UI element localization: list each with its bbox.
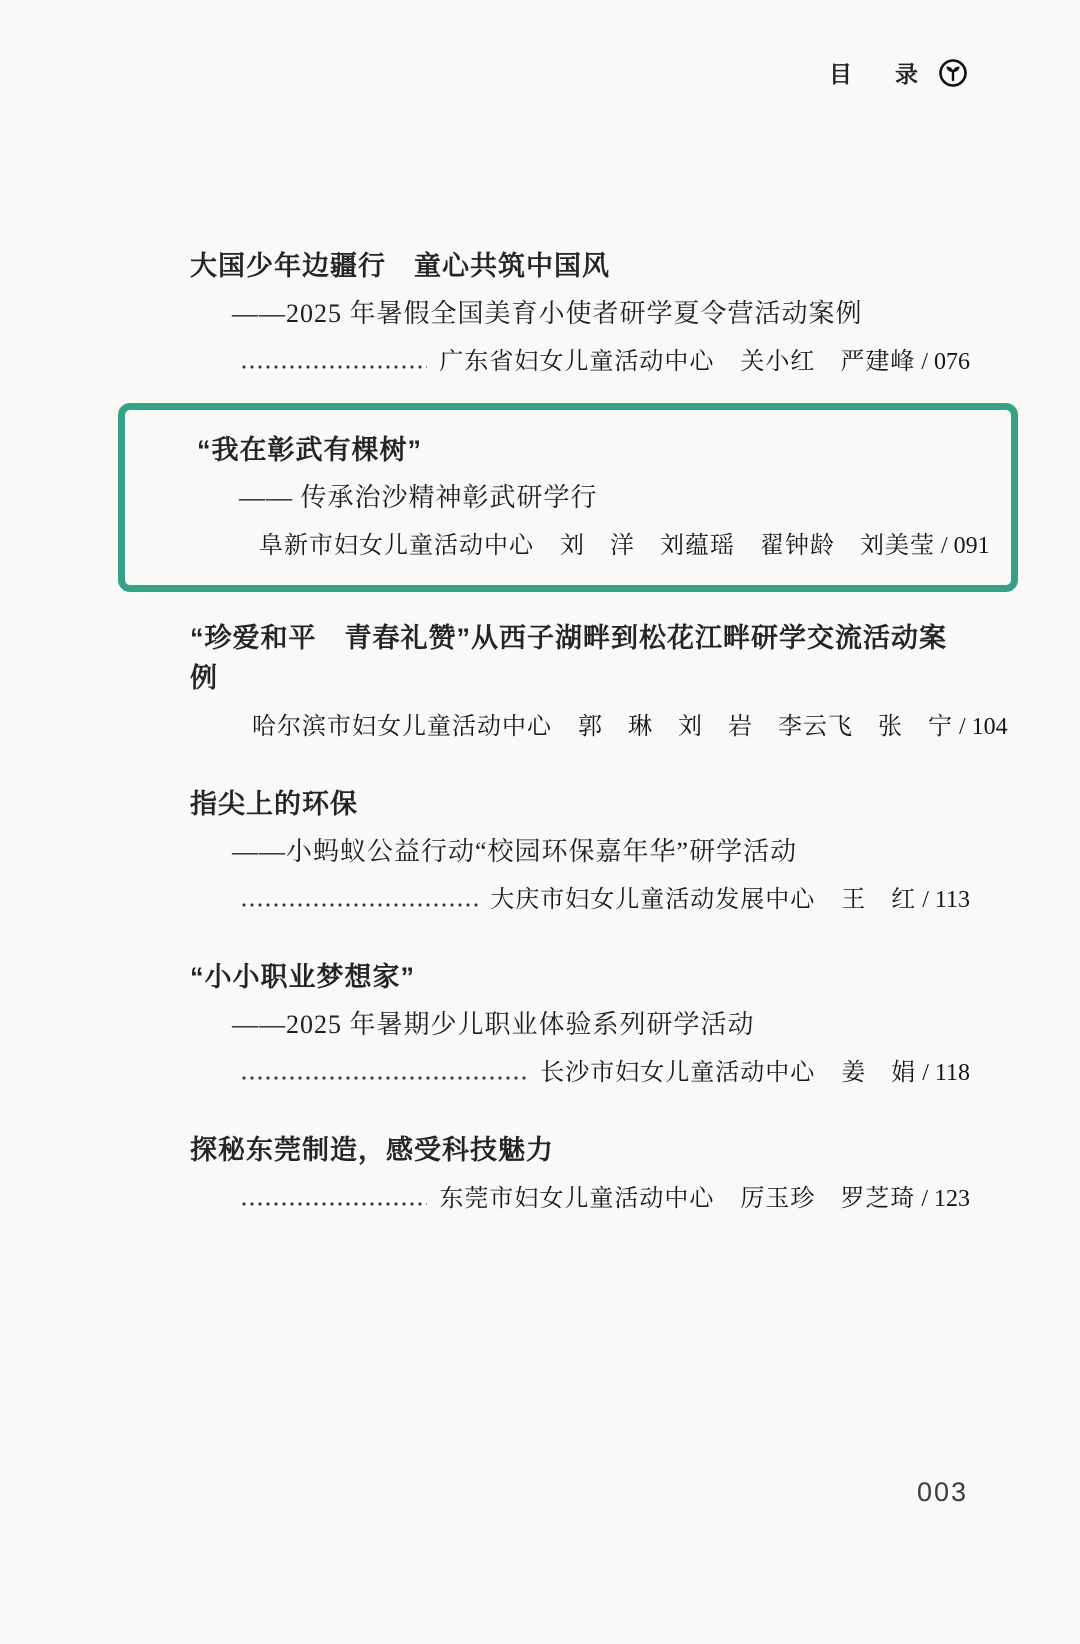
page-header: 目 录 [829,56,968,89]
leader-row: 大庆市妇女儿童活动发展中心 王 红 / 113 [240,883,970,917]
entry-subtitle: ——小蚂蚁公益行动“校园环保嘉年华”研学活动 [232,833,970,871]
entry-title: 指尖上的环保 [190,784,970,824]
toc-entry: 指尖上的环保 ——小蚂蚁公益行动“校园环保嘉年华”研学活动 大庆市妇女儿童活动发… [190,784,970,917]
entry-org: 哈尔滨市妇女儿童活动中心 [252,710,552,744]
leader-dots [240,1076,528,1080]
entry-page-number: / 076 [921,345,970,379]
folio-page-number: 003 [917,1477,968,1508]
toc-entry-highlighted: “我在彰武有棵树” —— 传承治沙精神彰武研学行 阜新市妇女儿童活动中心 刘 洋… [118,403,1018,592]
leader-row: 哈尔滨市妇女儿童活动中心 郭 琳 刘 岩 李云飞 张 宁 / 104 [240,710,970,744]
entry-authors: 关小红 严建峰 [740,345,915,379]
entry-page-number: / 104 [959,710,1008,744]
entry-org: 广东省妇女儿童活动中心 [439,345,714,379]
entry-page-number: / 113 [922,883,970,917]
entry-page-number: / 091 [941,529,990,563]
entry-subtitle: —— 传承治沙精神彰武研学行 [239,479,963,517]
entry-title: “小小职业梦想家” [190,957,970,997]
entry-authors: 郭 琳 刘 岩 李云飞 张 宁 [578,710,953,744]
toc-list: 大国少年边疆行 童心共筑中国风 ——2025 年暑假全国美育小使者研学夏令营活动… [190,246,970,1256]
entry-authors: 姜 娟 [841,1056,916,1090]
toc-entry: 探秘东莞制造，感受科技魅力 东莞市妇女儿童活动中心 厉玉珍 罗芝琦 / 123 [190,1130,970,1216]
sprout-circle-icon [938,58,968,88]
leader-row: 阜新市妇女儿童活动中心 刘 洋 刘蕴瑶 翟钟龄 刘美莹 / 091 [247,529,963,563]
entry-org: 阜新市妇女儿童活动中心 [259,529,534,563]
leader-row: 东莞市妇女儿童活动中心 厉玉珍 罗芝琦 / 123 [240,1182,970,1216]
entry-subtitle: ——2025 年暑假全国美育小使者研学夏令营活动案例 [232,295,970,333]
entry-authors: 刘 洋 刘蕴瑶 翟钟龄 刘美莹 [560,529,935,563]
toc-entry: “小小职业梦想家” ——2025 年暑期少儿职业体验系列研学活动 长沙市妇女儿童… [190,957,970,1090]
entry-subtitle: ——2025 年暑期少儿职业体验系列研学活动 [232,1006,970,1044]
entry-authors: 厉玉珍 罗芝琦 [740,1182,915,1216]
entry-title: “我在彰武有棵树” [197,430,963,470]
entry-org: 长沙市妇女儿童活动中心 [540,1056,815,1090]
entry-title: 探秘东莞制造，感受科技魅力 [190,1130,970,1170]
toc-entry: “珍爱和平 青春礼赞”从西子湖畔到松花江畔研学交流活动案例 哈尔滨市妇女儿童活动… [190,618,970,744]
entry-org: 东莞市妇女儿童活动中心 [439,1182,714,1216]
entry-org: 大庆市妇女儿童活动发展中心 [490,883,815,917]
entry-title: “珍爱和平 青春礼赞”从西子湖畔到松花江畔研学交流活动案例 [190,618,970,698]
entry-page-number: / 123 [921,1182,970,1216]
leader-dots [240,1202,427,1206]
entry-title: 大国少年边疆行 童心共筑中国风 [190,246,970,286]
toc-page: 目 录 大国少年边疆行 童心共筑中国风 ——2025 年暑假全国美育小使者研学夏… [0,0,1080,1644]
leader-row: 长沙市妇女儿童活动中心 姜 娟 / 118 [240,1056,970,1090]
entry-page-number: / 118 [922,1056,970,1090]
toc-entry: 大国少年边疆行 童心共筑中国风 ——2025 年暑假全国美育小使者研学夏令营活动… [190,246,970,379]
leader-dots [240,903,478,907]
leader-dots [240,365,427,369]
entry-authors: 王 红 [841,883,916,917]
header-title: 目 录 [829,56,928,89]
leader-row: 广东省妇女儿童活动中心 关小红 严建峰 / 076 [240,345,970,379]
